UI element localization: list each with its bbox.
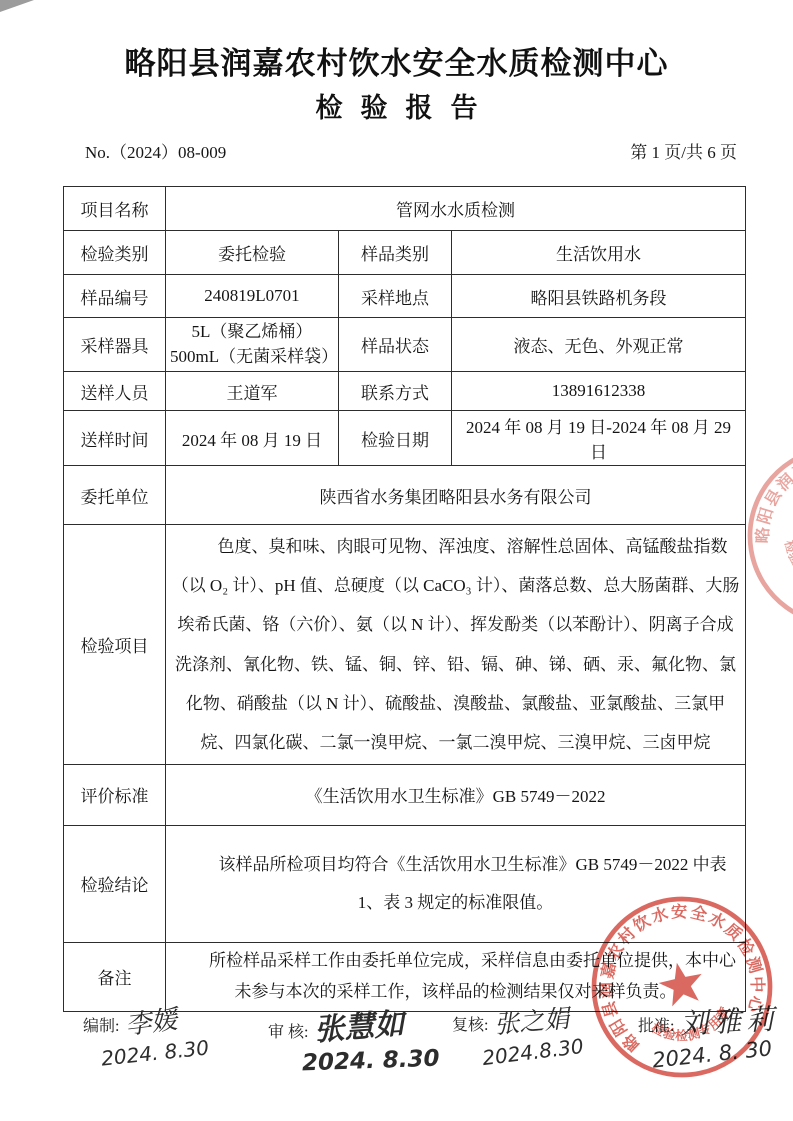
signature-review-date: 2024. 8.30 [302, 1046, 440, 1077]
field-sample-no-value: 240819L0701 [166, 275, 339, 318]
row-sender: 送样人员 王道军 联系方式 13891612338 [64, 372, 746, 411]
row-client: 委托单位 陕西省水务集团略阳县水务有限公司 [64, 466, 746, 525]
doc-title: 检验报告 [0, 86, 793, 125]
signature-recheck-label: 复核: [452, 1017, 488, 1034]
field-items-value: 色度、臭和味、肉眼可见物、浑浊度、溶解性总固体、高锰酸盐指数（以 O₂ 计）、p… [166, 525, 746, 765]
field-sample-state-label: 样品状态 [339, 318, 452, 372]
signature-recheck-name: 张之娟 [493, 999, 571, 1041]
field-sampling-site-label: 采样地点 [339, 275, 452, 318]
field-project-label: 项目名称 [64, 187, 166, 231]
center-name: 略阳县润嘉农村饮水安全水质检测中心 [0, 38, 793, 83]
report-number: No.（2024）08-009 [85, 138, 226, 163]
signature-approve-date: 2024. 8. 30 [651, 1035, 780, 1072]
field-sample-type-value: 生活饮用水 [452, 231, 746, 275]
field-conclusion-value: 该样品所检项目均符合《生活饮用水卫生标准》GB 5749－2022 中表 1、表… [166, 825, 746, 942]
row-items: 检验项目 色度、臭和味、肉眼可见物、浑浊度、溶解性总固体、高锰酸盐指数（以 O₂… [64, 525, 746, 765]
stamp-bottom-text: 检验检测专用章 [771, 531, 793, 608]
field-inspection-type-label: 检验类别 [64, 231, 166, 275]
row-conclusion: 检验结论 该样品所检项目均符合《生活饮用水卫生标准》GB 5749－2022 中… [64, 825, 746, 942]
signature-approve: 批准:刘雅莉 2024. 8. 30 [638, 1000, 779, 1066]
field-conclusion-label: 检验结论 [64, 825, 166, 942]
field-standard-value: 《生活饮用水卫生标准》GB 5749－2022 [166, 764, 746, 825]
signature-approve-label: 批准: [638, 1018, 674, 1035]
field-send-time-value: 2024 年 08 月 19 日 [166, 411, 339, 466]
field-sample-no-label: 样品编号 [64, 275, 166, 318]
signature-review: 审 核:张慧如 2024. 8.30 [268, 1002, 440, 1074]
row-sample-no: 样品编号 240819L0701 采样地点 略阳县铁路机务段 [64, 275, 746, 318]
field-test-date-value: 2024 年 08 月 19 日-2024 年 08 月 29 日 [452, 411, 746, 466]
field-send-time-label: 送样时间 [64, 411, 166, 466]
field-standard-label: 评价标准 [64, 764, 166, 825]
meta-row: No.（2024）08-009 第 1 页/共 6 页 [85, 138, 737, 163]
report-table: 项目名称 管网水水质检测 检验类别 委托检验 样品类别 生活饮用水 样品编号 2… [63, 186, 746, 1012]
signature-prepare-label: 编制: [83, 1018, 119, 1035]
row-project: 项目名称 管网水水质检测 [64, 187, 746, 231]
scan-corner-artifact [0, 0, 34, 12]
signature-review-label: 审 核: [268, 1024, 308, 1041]
field-sampling-tool-label: 采样器具 [64, 318, 166, 372]
svg-text:检验检测专用章: 检验检测专用章 [771, 531, 793, 608]
row-send-time: 送样时间 2024 年 08 月 19 日 检验日期 2024 年 08 月 1… [64, 411, 746, 466]
field-contact-value: 13891612338 [452, 372, 746, 411]
row-inspection-type: 检验类别 委托检验 样品类别 生活饮用水 [64, 231, 746, 275]
field-inspection-type-value: 委托检验 [166, 231, 339, 275]
field-sender-label: 送样人员 [64, 372, 166, 411]
row-standard: 评价标准 《生活饮用水卫生标准》GB 5749－2022 [64, 764, 746, 825]
field-sender-value: 王道军 [166, 372, 339, 411]
field-sample-type-label: 样品类别 [339, 231, 452, 275]
field-client-label: 委托单位 [64, 466, 166, 525]
field-sampling-site-value: 略阳县铁路机务段 [452, 275, 746, 318]
signature-prepare-date: 2024. 8.30 [100, 1035, 210, 1070]
field-sample-state-value: 液态、无色、外观正常 [452, 318, 746, 372]
field-sampling-tool-value: 5L（聚乙烯桶） 500mL（无菌采样袋） [166, 318, 339, 372]
signature-prepare-name: 李媛 [123, 999, 179, 1042]
row-sampling-tool: 采样器具 5L（聚乙烯桶） 500mL（无菌采样袋） 样品状态 液态、无色、外观… [64, 318, 746, 372]
field-client-value: 陕西省水务集团略阳县水务有限公司 [166, 466, 746, 525]
field-project-value: 管网水水质检测 [166, 187, 746, 231]
field-test-date-label: 检验日期 [339, 411, 452, 466]
field-items-label: 检验项目 [64, 525, 166, 765]
field-contact-label: 联系方式 [339, 372, 452, 411]
signature-review-name: 张慧如 [313, 999, 406, 1049]
page-indicator: 第 1 页/共 6 页 [630, 138, 737, 163]
signature-prepare: 编制:李媛 2024. 8.30 [83, 1002, 209, 1065]
report-page: 略阳县润嘉农村饮水安全水质检测中心 检验报告 No.（2024）08-009 第… [0, 0, 793, 1121]
signature-recheck: 复核:张之娟 2024.8.30 [452, 1002, 584, 1064]
